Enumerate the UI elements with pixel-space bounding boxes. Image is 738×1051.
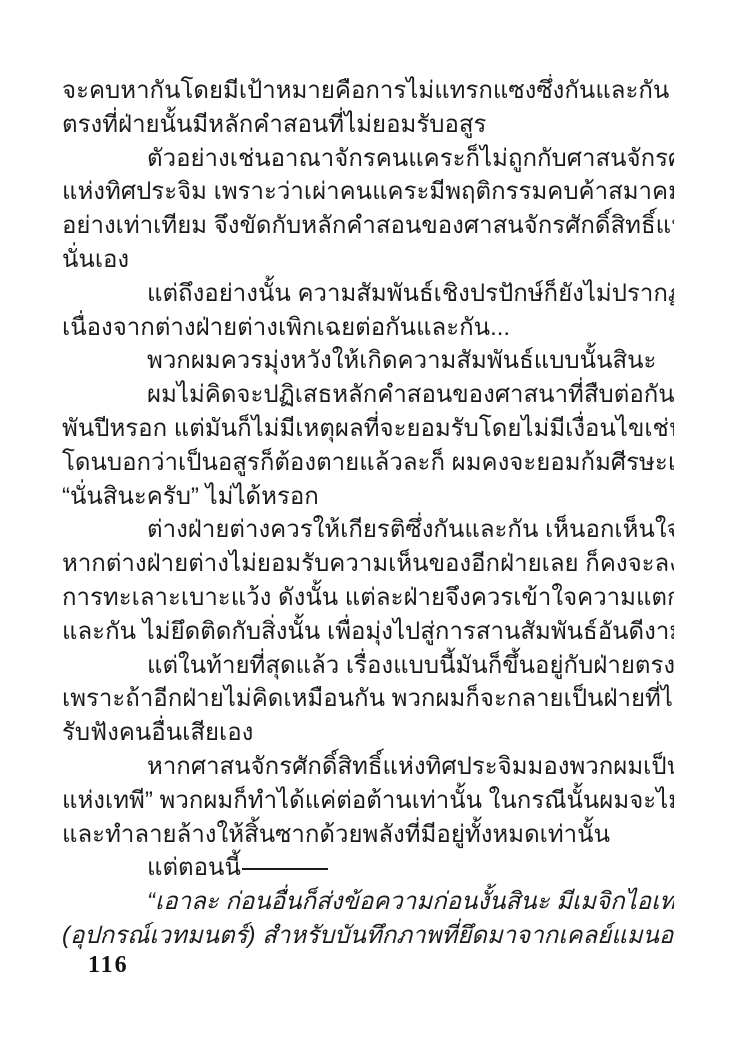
page-number: 116	[88, 952, 129, 979]
text-line: ต่างฝ่ายต่างควรให้เกียรติซึ่งกันและกัน เ…	[62, 513, 674, 547]
text-line: เพราะถ้าอีกฝ่ายไม่คิดเหมือนกัน พวกผมก็จะ…	[62, 682, 674, 716]
text-line: โดนบอกว่าเป็นอสูรก็ต้องตายแล้วละก็ ผมคงจ…	[62, 446, 674, 480]
text-line-quote: (อุปกรณ์เวทมนตร์) สำหรับบันทึกภาพที่ยึดม…	[62, 919, 674, 953]
page-body: จะคบหากันโดยมีเป้าหมายคือการไม่แทรกแซงซึ…	[62, 74, 674, 953]
line-text: แต่ตอนนี้	[147, 854, 241, 881]
text-line: พวกผมควรมุ่งหวังให้เกิดความสัมพันธ์แบบนั…	[62, 344, 674, 378]
text-line: แห่งเทพี” พวกผมก็ทำได้แค่ต่อต้านเท่านั้น…	[62, 784, 674, 818]
text-line: แต่ตอนนี้	[62, 851, 674, 885]
text-line: “นั่นสินะครับ” ไม่ได้หรอก	[62, 480, 674, 514]
text-line: และทำลายล้างให้สิ้นซากด้วยพลังที่มีอยู่ท…	[62, 818, 674, 852]
text-line-quote: “เอาละ ก่อนอื่นก็ส่งข้อความก่อนงั้นสินะ …	[62, 885, 674, 919]
text-line: หากศาสนจักรศักดิ์สิทธิ์แห่งทิศประจิมมองพ…	[62, 750, 674, 784]
text-line: อย่างเท่าเทียม จึงขัดกับหลักคำสอนของศาสน…	[62, 209, 674, 243]
text-line: พันปีหรอก แต่มันก็ไม่มีเหตุผลที่จะยอมรับ…	[62, 412, 674, 446]
text-line: รับฟังคนอื่นเสียเอง	[62, 716, 674, 750]
text-line: การทะเลาะเบาะแว้ง ดังนั้น แต่ละฝ่ายจึงคว…	[62, 581, 674, 615]
text-line: แต่ในท้ายที่สุดแล้ว เรื่องแบบนี้มันก็ขึ้…	[62, 649, 674, 683]
text-line: แห่งทิศประจิม เพราะว่าเผ่าคนแคระมีพฤติกร…	[62, 175, 674, 209]
em-dash-rule	[242, 868, 328, 870]
text-line: แต่ถึงอย่างนั้น ความสัมพันธ์เชิงปรปักษ์ก…	[62, 277, 674, 311]
text-line: จะคบหากันโดยมีเป้าหมายคือการไม่แทรกแซงซึ…	[62, 74, 674, 108]
text-line: หากต่างฝ่ายต่างไม่ยอมรับความเห็นของอีกฝ่…	[62, 547, 674, 581]
text-line: เนื่องจากต่างฝ่ายต่างเพิกเฉยต่อกันและกัน…	[62, 311, 674, 345]
text-line: ผมไม่คิดจะปฏิเสธหลักคำสอนของศาสนาที่สืบต…	[62, 378, 674, 412]
book-page: จะคบหากันโดยมีเป้าหมายคือการไม่แทรกแซงซึ…	[0, 0, 738, 1051]
text-line: ตรงที่ฝ่ายนั้นมีหลักคำสอนที่ไม่ยอมรับอสู…	[62, 108, 674, 142]
text-line: และกัน ไม่ยึดติดกับสิ่งนั้น เพื่อมุ่งไปส…	[62, 615, 674, 649]
text-line: ตัวอย่างเช่นอาณาจักรคนแคระก็ไม่ถูกกับศาส…	[62, 142, 674, 176]
text-line: นั่นเอง	[62, 243, 674, 277]
